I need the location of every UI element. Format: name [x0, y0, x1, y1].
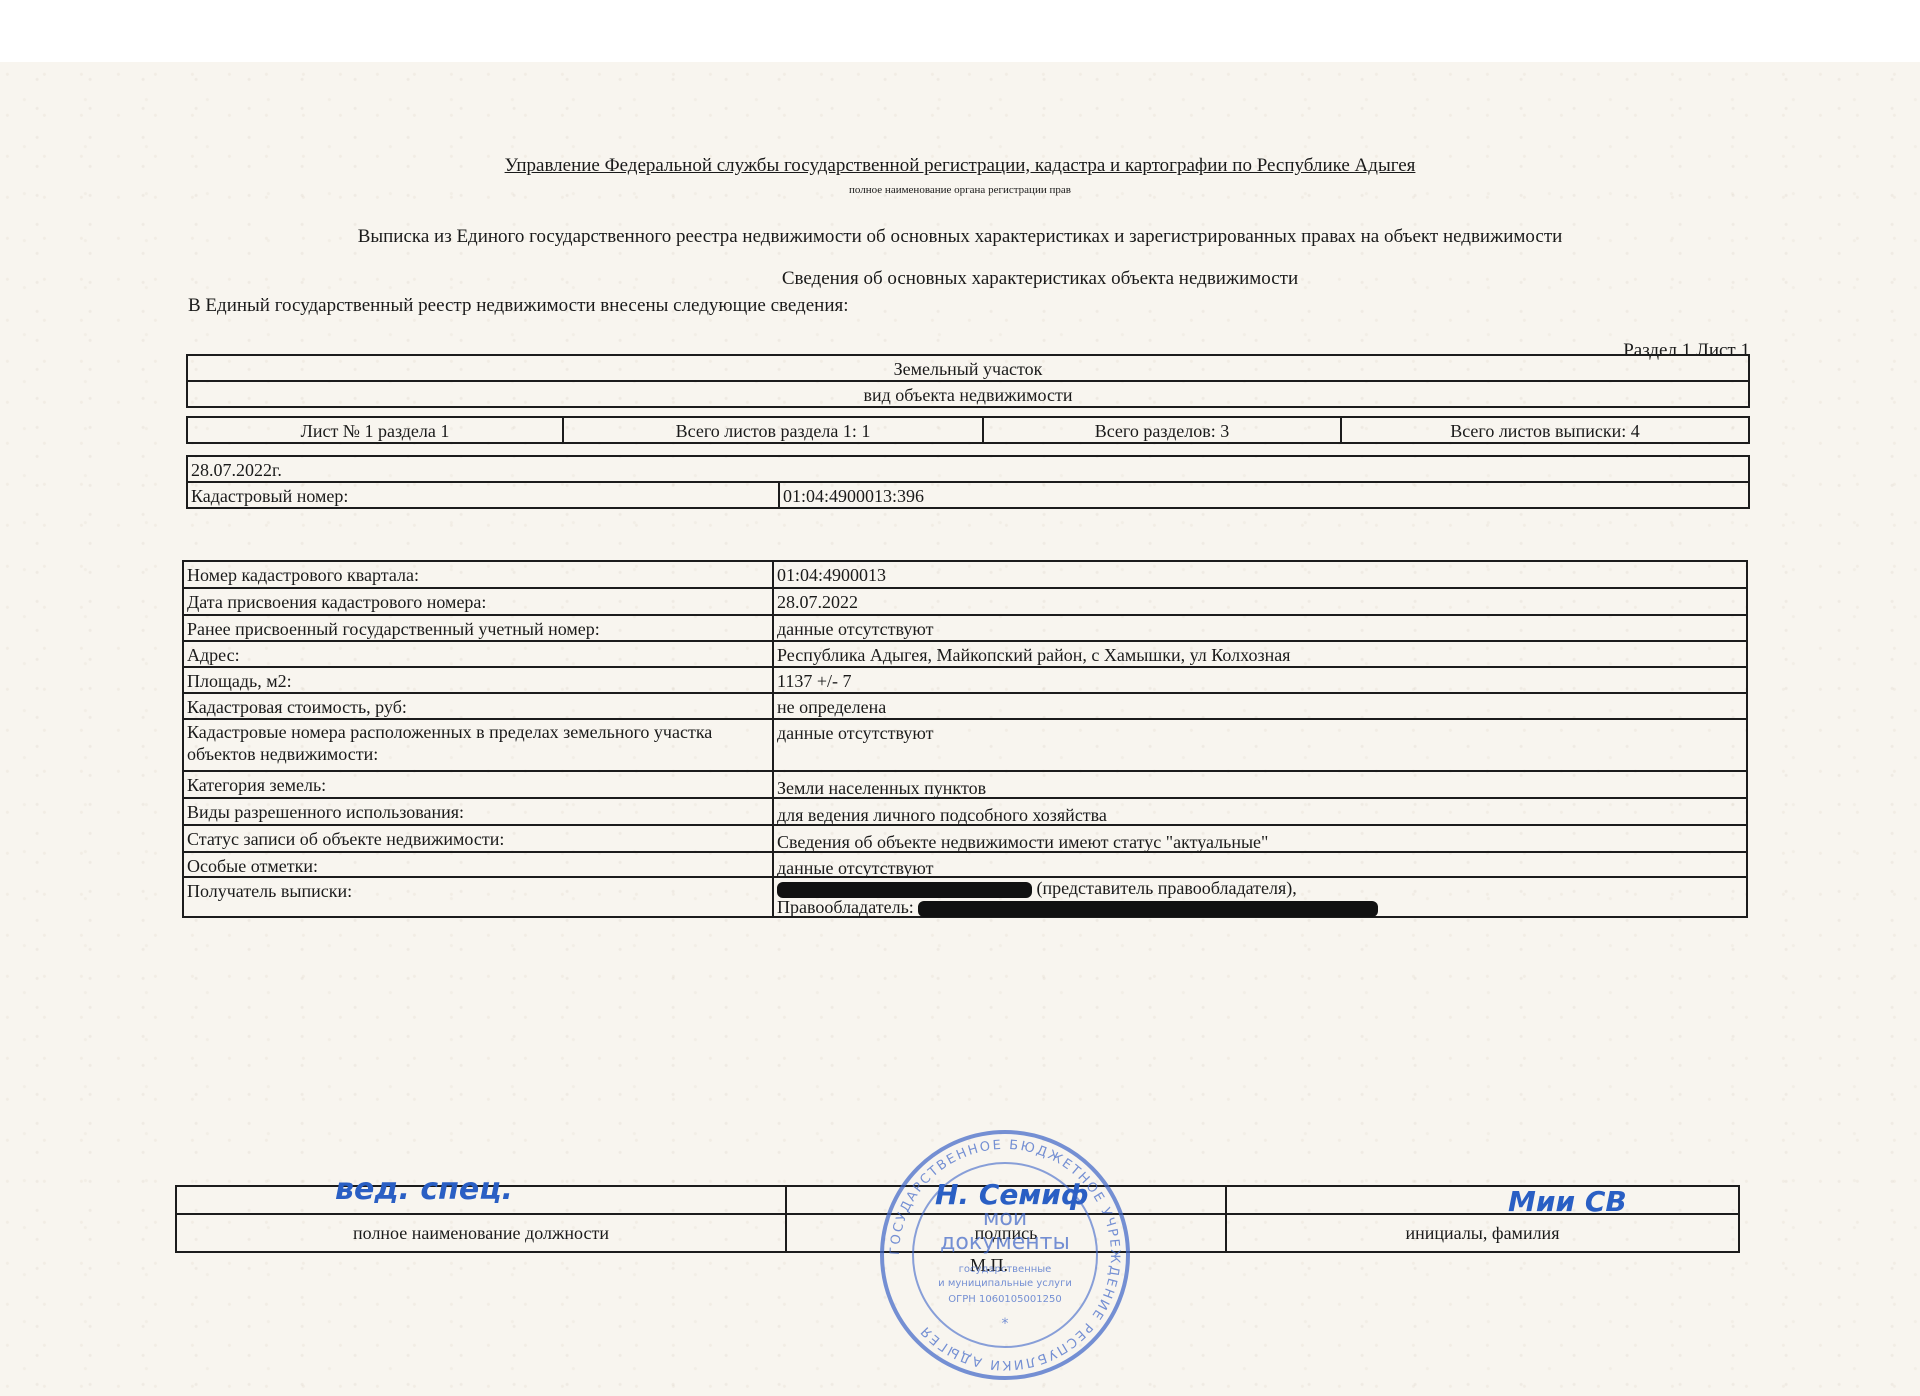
- organization-title: Управление Федеральной службы государств…: [0, 155, 1920, 177]
- stamp-ring-text: ГОСУДАРСТВЕННОЕ БЮДЖЕТНОЕ УЧРЕЖДЕНИЕ РЕС…: [880, 1130, 1130, 1380]
- table-row: Статус записи об объекте недвижимости: С…: [184, 826, 1746, 853]
- table-row: Кадастровая стоимость, руб: не определен…: [184, 694, 1746, 720]
- extract-title: Выписка из Единого государственного реес…: [0, 226, 1920, 248]
- row-label: Виды разрешенного использования:: [184, 799, 772, 824]
- row-label: Кадастровые номера расположенных в преде…: [184, 720, 772, 770]
- row-label: Площадь, м2:: [184, 668, 772, 692]
- row-label: Категория земель:: [184, 772, 772, 797]
- extract-date: 28.07.2022г.: [188, 457, 1748, 481]
- recipient-label: Получатель выписки:: [184, 878, 772, 918]
- row-value: не определена: [772, 694, 1746, 718]
- sheet-number: Лист № 1 раздела 1: [188, 418, 562, 442]
- initials-caption: инициалы, фамилия: [1227, 1223, 1738, 1244]
- row-label: Дата присвоения кадастрового номера:: [184, 589, 772, 614]
- official-stamp: мои документы государственные и муниципа…: [880, 1130, 1130, 1380]
- row-value: данные отсутствуют: [772, 853, 1746, 876]
- cadastral-row: Кадастровый номер: 01:04:4900013:396: [188, 483, 1748, 509]
- row-value: данные отсутствуют: [772, 616, 1746, 640]
- table-row: Номер кадастрового квартала: 01:04:49000…: [184, 562, 1746, 589]
- table-row: Категория земель: Земли населенных пункт…: [184, 772, 1746, 799]
- row-label: Номер кадастрового квартала:: [184, 562, 772, 587]
- table-row: Кадастровые номера расположенных в преде…: [184, 720, 1746, 772]
- extract-sheets-total: Всего листов выписки: 4: [1340, 418, 1748, 442]
- table-row: Площадь, м2: 1137 +/- 7: [184, 668, 1746, 694]
- object-type-caption-row: вид объекта недвижимости: [188, 382, 1748, 408]
- row-label: Ранее присвоенный государственный учетны…: [184, 616, 772, 640]
- row-value: Сведения об объекте недвижимости имеют с…: [772, 826, 1746, 851]
- row-label: Кадастровая стоимость, руб:: [184, 694, 772, 718]
- row-value: 1137 +/- 7: [772, 668, 1746, 692]
- organization-caption: полное наименование органа регистрации п…: [0, 184, 1920, 196]
- recipient-value: (представитель правообладателя), Правооб…: [772, 878, 1746, 918]
- date-row: 28.07.2022г.: [188, 457, 1748, 483]
- table-row: Особые отметки: данные отсутствуют: [184, 853, 1746, 878]
- table-row: Адрес: Республика Адыгея, Майкопский рай…: [184, 642, 1746, 668]
- row-label: Адрес:: [184, 642, 772, 666]
- row-label: Статус записи об объекте недвижимости:: [184, 826, 772, 851]
- sections-total: Всего разделов: 3: [982, 418, 1340, 442]
- cadastral-value: 01:04:4900013:396: [778, 483, 1748, 509]
- cadastral-label: Кадастровый номер:: [188, 483, 778, 509]
- row-label: Особые отметки:: [184, 853, 772, 876]
- table-row: Виды разрешенного использования: для вед…: [184, 799, 1746, 826]
- sheet-info-table: Лист № 1 раздела 1 Всего листов раздела …: [186, 416, 1750, 444]
- recipient-line-2: Правообладатель:: [777, 898, 1743, 917]
- table-row: Ранее присвоенный государственный учетны…: [184, 616, 1746, 642]
- details-table: Номер кадастрового квартала: 01:04:49000…: [182, 560, 1748, 918]
- row-value: для ведения личного подсобного хозяйства: [772, 799, 1746, 824]
- object-type: Земельный участок: [188, 356, 1748, 380]
- table-row: Дата присвоения кадастрового номера: 28.…: [184, 589, 1746, 616]
- cadastral-table: 28.07.2022г. Кадастровый номер: 01:04:49…: [186, 455, 1750, 509]
- section-sheets-total: Всего листов раздела 1: 1: [562, 418, 982, 442]
- recipient-row: Получатель выписки: (представитель право…: [184, 878, 1746, 918]
- recipient-line-1: (представитель правообладателя),: [777, 879, 1743, 898]
- object-type-table: Земельный участок вид объекта недвижимос…: [186, 354, 1750, 408]
- row-value: Республика Адыгея, Майкопский район, с Х…: [772, 642, 1746, 666]
- handwritten-initials: Мии СВ: [1508, 1185, 1627, 1218]
- row-value: Земли населенных пунктов: [772, 772, 1746, 797]
- intro-text: В Единый государственный реестр недвижим…: [188, 295, 849, 317]
- object-type-row: Земельный участок: [188, 356, 1748, 382]
- row-value: данные отсутствуют: [772, 720, 1746, 770]
- svg-text:ГОСУДАРСТВЕННОЕ БЮДЖЕТНОЕ УЧРЕ: ГОСУДАРСТВЕННОЕ БЮДЖЕТНОЕ УЧРЕЖДЕНИЕ РЕС…: [888, 1138, 1122, 1372]
- handwritten-position: вед. спец.: [335, 1172, 513, 1207]
- initials-cell: инициалы, фамилия: [1225, 1187, 1738, 1251]
- row-value: 28.07.2022: [772, 589, 1746, 614]
- position-caption: полное наименование должности: [177, 1223, 785, 1244]
- redacted-name: [777, 882, 1032, 898]
- rightholder-label: Правообладатель:: [777, 897, 914, 917]
- object-type-caption: вид объекта недвижимости: [188, 382, 1748, 408]
- row-value: 01:04:4900013: [772, 562, 1746, 587]
- redacted-rightholder: [918, 901, 1378, 917]
- info-title: Сведения об основных характеристиках объ…: [80, 268, 1920, 290]
- representative-text: (представитель правообладателя),: [1037, 878, 1297, 898]
